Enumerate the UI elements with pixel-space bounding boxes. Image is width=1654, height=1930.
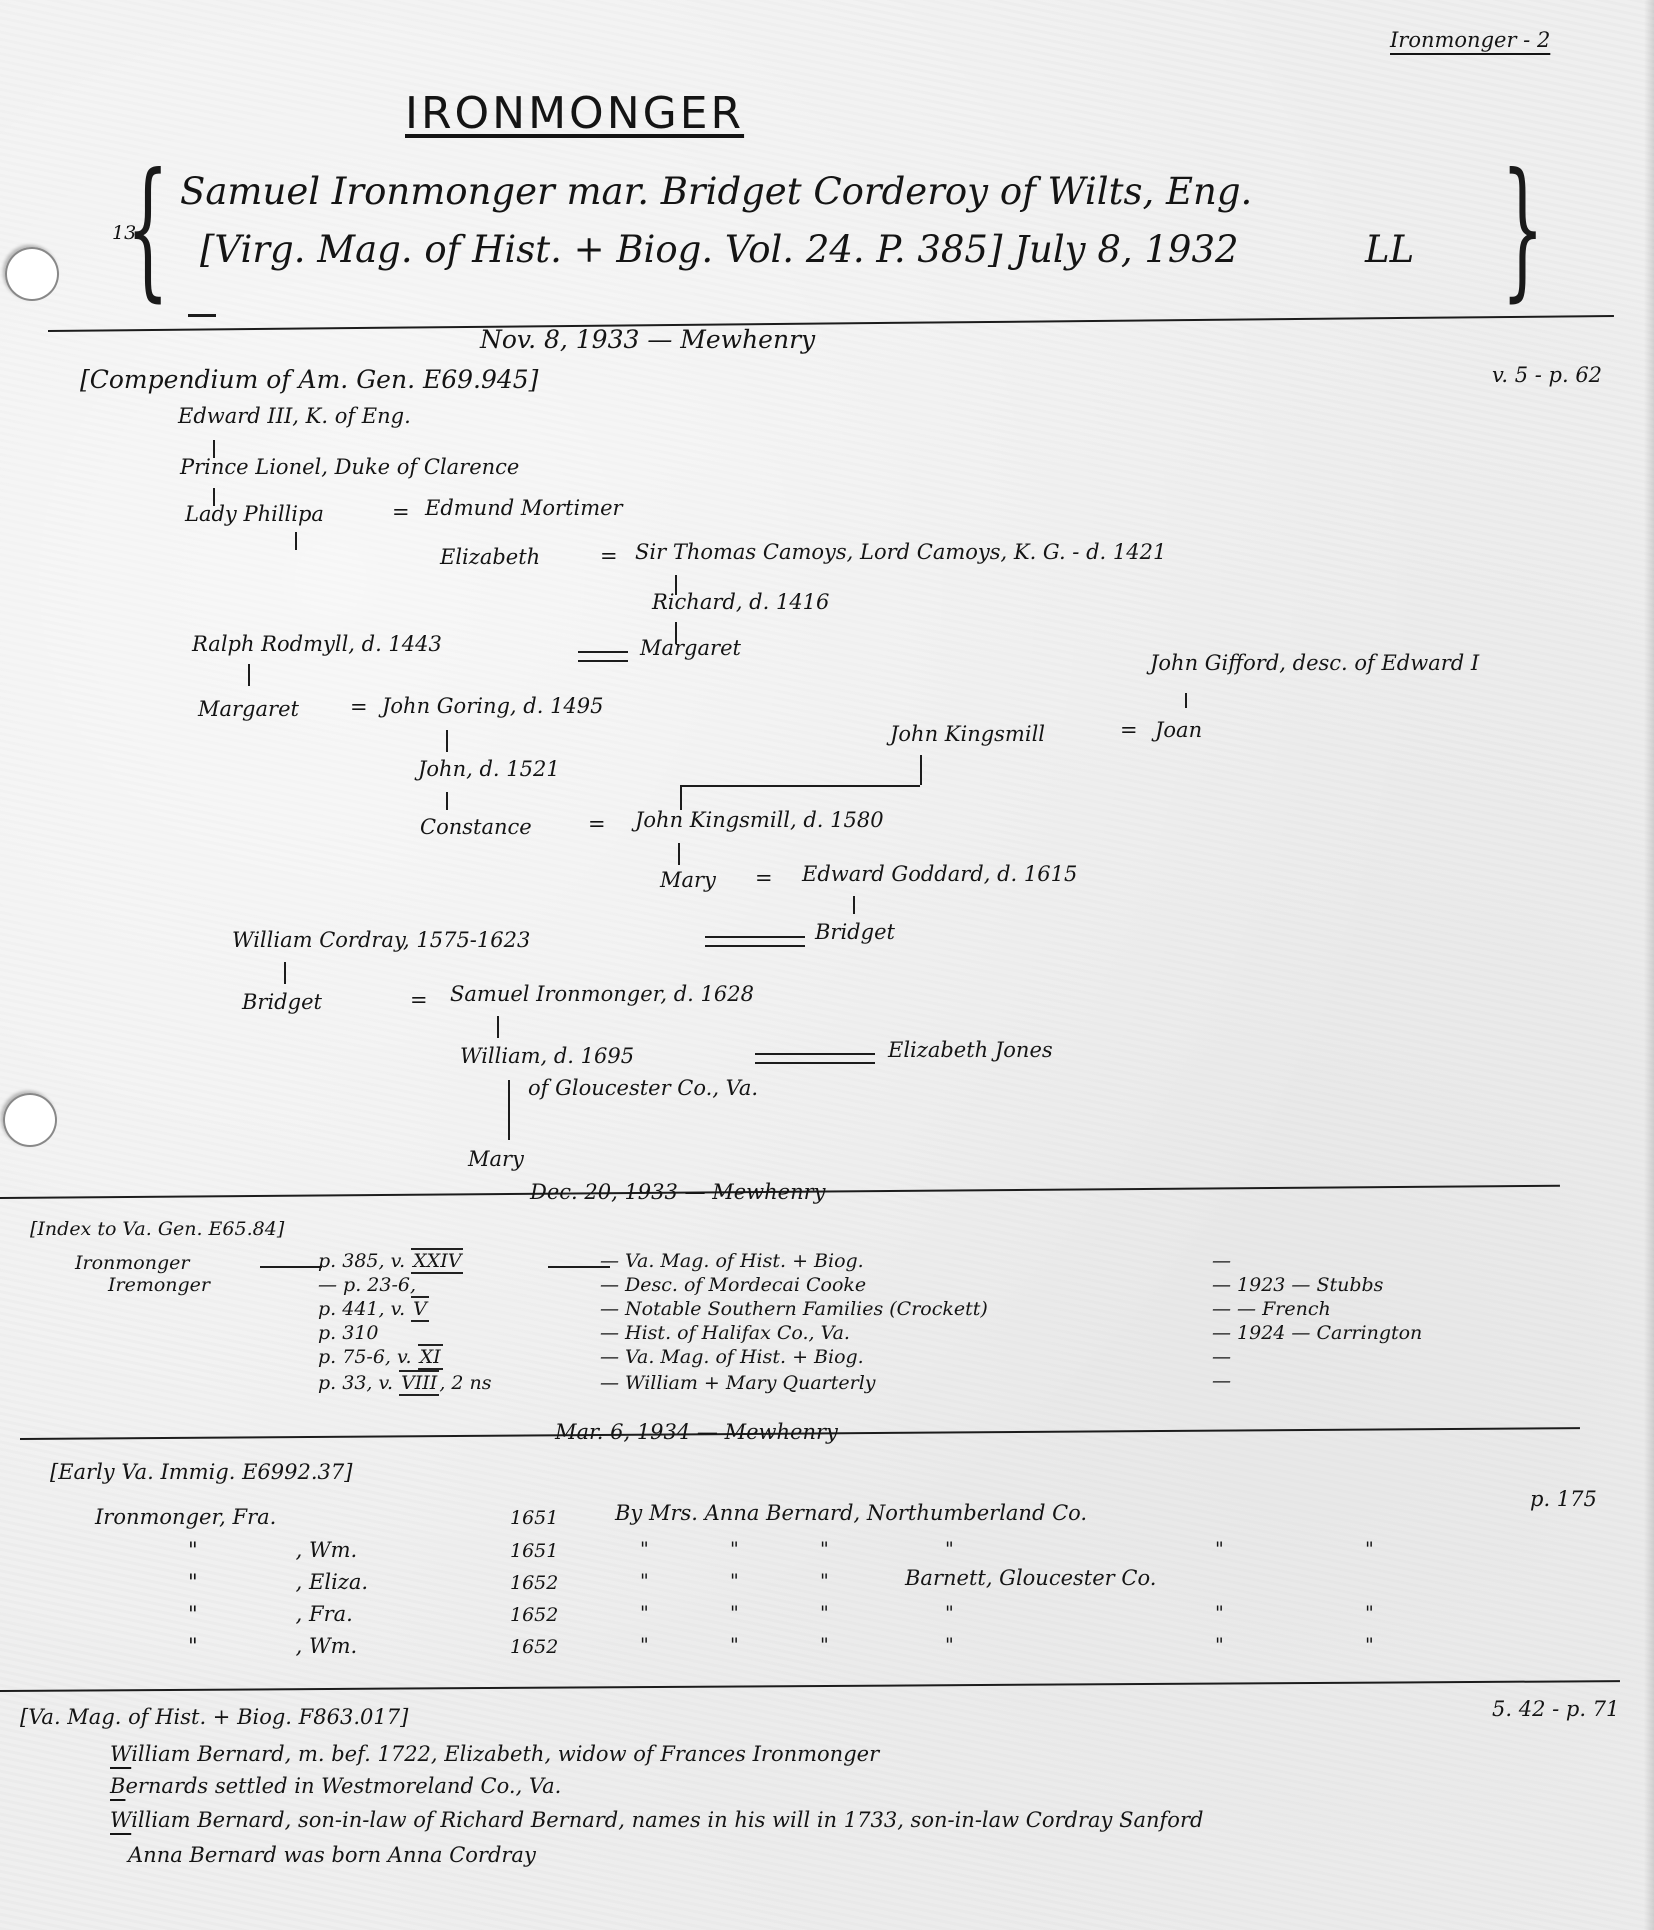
immigrant-name: ", Wm. [188,1538,357,1562]
punch-hole-bottom [3,1093,57,1147]
ditto-mark: " [640,1602,649,1624]
section4-source: [Va. Mag. of Hist. + Biog. F863.017] [20,1705,408,1729]
section3-source: [Early Va. Immig. E6992.37] [50,1460,352,1484]
header-note-initials: LL [1365,228,1414,271]
side-note: — 1924 — Carrington [1212,1322,1422,1344]
tree-line [680,785,920,787]
section2-source: [Index to Va. Gen. E65.84] [30,1218,284,1240]
reference-page: p. 310 [318,1322,379,1344]
leader-line [260,1266,322,1268]
immigrant-name: ", Fra. [188,1602,353,1626]
tree-marriage-sign: = [588,812,606,836]
tree-line [446,792,448,810]
tree-line [446,730,448,752]
volume-number: V [411,1296,429,1322]
reference-title: — Va. Mag. of Hist. + Biog. [600,1346,864,1368]
ditto-mark: " [820,1538,829,1560]
tree-marriage-sign: = [350,695,368,719]
reference-page: p. 33, v. VIII, 2 ns [318,1372,492,1394]
immigrant-year: 1651 [510,1507,558,1529]
note-line: Bernards settled in Westmoreland Co., Va… [110,1774,561,1798]
reference-page: p. 385, v. XXIV [318,1250,463,1272]
reference-page: — p. 23-6, [318,1274,416,1296]
tree-marriage-sign: = [755,866,773,890]
underlined-initial: W [110,1808,131,1832]
tree-margaret-2: Margaret [198,697,299,721]
tree-elizabeth: Elizabeth [440,545,540,569]
tree-line [508,1080,510,1140]
section3-dateline: Mar. 6, 1934 — Mewhenry [555,1420,838,1444]
punch-hole-top [5,247,59,301]
ditto-mark: " [640,1538,649,1560]
ditto-mark: " [730,1634,739,1656]
tree-richard: Richard, d. 1416 [652,590,829,614]
tree-marriage-line [578,651,628,662]
reference-title: — Notable Southern Families (Crockett) [600,1298,988,1320]
ditto-mark: " [730,1602,739,1624]
short-dash-mark [188,314,216,317]
tree-lady-phillipa: Lady Phillipa [185,502,324,526]
ditto-mark: " [945,1602,954,1624]
side-note: — [1212,1370,1231,1392]
underlined-initial: B [110,1774,125,1798]
immigrant-note: Barnett, Gloucester Co. [905,1566,1156,1590]
tree-constance: Constance [420,815,532,839]
tree-line [853,896,855,914]
tree-marriage-sign: = [600,544,618,568]
reference-title: — Desc. of Mordecai Cooke [600,1274,866,1296]
tree-john-1521: John, d. 1521 [418,757,560,781]
ditto-mark: " [730,1538,739,1560]
immigrant-name: Ironmonger, Fra. [95,1505,276,1529]
tree-william-1695: William, d. 1695 [460,1044,634,1068]
volume-number: XXIV [411,1248,463,1274]
tree-john-goring: John Goring, d. 1495 [382,694,604,718]
ditto-mark: " [945,1634,954,1656]
tree-margaret-1: Margaret [640,636,741,660]
ditto-mark: " [945,1538,954,1560]
tree-marriage-line [755,1053,875,1064]
tree-elizabeth-jones: Elizabeth Jones [888,1038,1053,1062]
reference-page: p. 441, v. V [318,1298,429,1320]
tree-john-kingsmill-father: John Kingsmill [890,722,1045,746]
page-label: Ironmonger - 2 [1390,28,1550,52]
section4-page-ref: 5. 42 - p. 71 [1492,1697,1619,1721]
section1-source: [Compendium of Am. Gen. E69.945] [80,365,538,394]
immigrant-year: 1651 [510,1540,558,1562]
immigrant-year: 1652 [510,1636,558,1658]
ditto-mark: " [730,1570,739,1592]
tree-edmund-mortimer: Edmund Mortimer [425,496,623,520]
tree-ralph-rodmyll: Ralph Rodmyll, d. 1443 [192,632,442,656]
tree-william-cordray: William Cordray, 1575-1623 [232,928,530,952]
ditto-mark: " [1215,1602,1224,1624]
tree-line [295,532,297,550]
tree-line [1185,693,1187,708]
tree-edward-goddard: Edward Goddard, d. 1615 [802,862,1077,886]
tree-marriage-sign: = [392,500,410,524]
ditto-mark: " [1365,1634,1374,1656]
immigrant-year: 1652 [510,1604,558,1626]
note-line: William Bernard, son-in-law of Richard B… [110,1808,1203,1832]
tree-edward-iii: Edward III, K. of Eng. [178,404,411,428]
reference-title: — Hist. of Halifax Co., Va. [600,1322,850,1344]
ditto-mark: " [820,1570,829,1592]
immigrant-note: By Mrs. Anna Bernard, Northumberland Co. [615,1501,1087,1525]
side-note: — — French [1212,1298,1331,1320]
section1-dateline: Nov. 8, 1933 — Mewhenry [480,325,815,354]
tree-joan: Joan [1155,718,1202,742]
immigrant-name: ", Eliza. [188,1570,368,1594]
tree-marriage-line [705,936,805,947]
tree-marriage-sign: = [1120,718,1138,742]
underlined-initial: W [110,1742,131,1766]
header-note-line2: [Virg. Mag. of Hist. + Biog. Vol. 24. P.… [200,228,1239,271]
tree-line [678,843,680,865]
ditto-mark: " [1365,1538,1374,1560]
volume-number: VIII [399,1370,439,1396]
tree-line [497,1016,499,1038]
tree-prince-lionel: Prince Lionel, Duke of Clarence [180,455,519,479]
tree-bridget-cordray: Bridget [242,990,322,1014]
section2-name-iremonger: Iremonger [108,1274,210,1296]
reference-title: — William + Mary Quarterly [600,1372,876,1394]
note-line: Anna Bernard was born Anna Cordray [128,1843,536,1867]
tree-mary: Mary [660,868,716,892]
left-brace: { [126,154,169,304]
section-divider-1 [48,315,1614,332]
ditto-mark: " [1365,1602,1374,1624]
tree-line [248,664,250,686]
tree-line [284,962,286,984]
ditto-mark: " [640,1634,649,1656]
tree-line [680,785,682,810]
paper-edge-shadow [1644,0,1654,1930]
side-note: — [1212,1346,1231,1368]
tree-line [920,755,922,785]
section1-page-ref: v. 5 - p. 62 [1492,363,1602,387]
volume-number: XI [418,1344,443,1370]
tree-mary-end: Mary [468,1147,524,1171]
ditto-mark: " [640,1570,649,1592]
side-note: — 1923 — Stubbs [1212,1274,1383,1296]
section-divider-4 [0,1680,1620,1692]
reference-page: p. 75-6, v. XI [318,1346,443,1368]
ditto-mark: " [1215,1634,1224,1656]
immigrant-year: 1652 [510,1572,558,1594]
tree-thomas-camoys: Sir Thomas Camoys, Lord Camoys, K. G. - … [635,540,1166,564]
header-note-line1: Samuel Ironmonger mar. Bridget Corderoy … [180,170,1252,213]
section2-dateline: Dec. 20, 1933 — Mewhenry [530,1180,826,1204]
ditto-mark: " [820,1634,829,1656]
tree-john-gifford: John Gifford, desc. of Edward I [1150,651,1479,675]
tree-gloucester: of Gloucester Co., Va. [528,1076,758,1100]
tree-samuel-ironmonger: Samuel Ironmonger, d. 1628 [450,982,754,1006]
tree-john-kingsmill-1580: John Kingsmill, d. 1580 [635,808,884,832]
page-title: IRONMONGER [405,88,744,139]
note-line: William Bernard, m. bef. 1722, Elizabeth… [110,1742,879,1766]
ditto-mark: " [1215,1538,1224,1560]
immigrant-name: ", Wm. [188,1634,357,1658]
tree-marriage-sign: = [410,988,428,1012]
tree-bridget-goddard: Bridget [815,920,895,944]
right-brace: } [1501,154,1544,304]
ditto-mark: " [820,1602,829,1624]
section2-name-ironmonger: Ironmonger [75,1252,189,1274]
section3-page-ref: p. 175 [1530,1487,1597,1511]
reference-title: — Va. Mag. of Hist. + Biog. [600,1250,864,1272]
side-note: — [1212,1250,1231,1272]
